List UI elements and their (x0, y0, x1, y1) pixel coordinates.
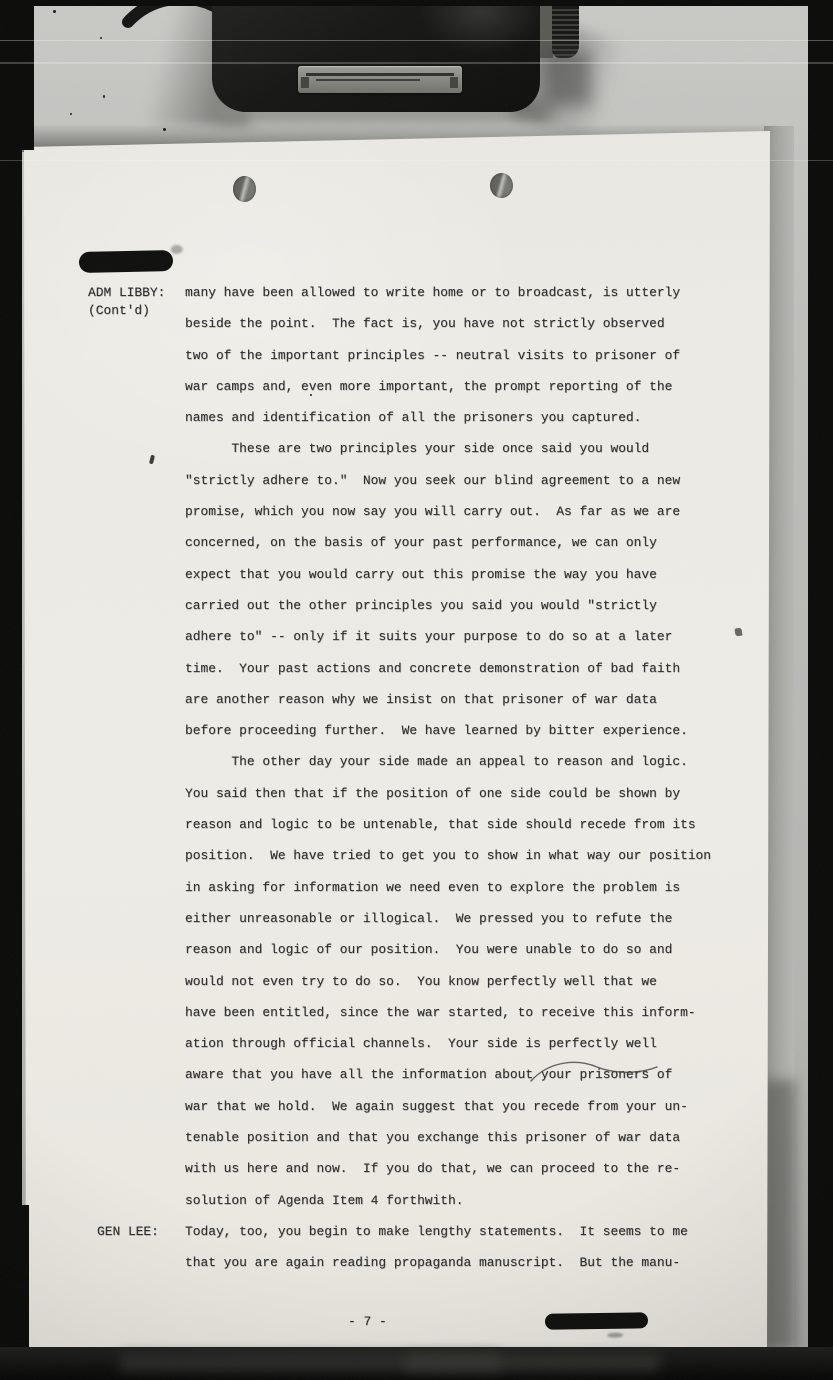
dust-speck (103, 95, 105, 98)
dust-speck (100, 37, 102, 39)
film-frame-top (0, 0, 833, 6)
dust-speck (53, 10, 56, 13)
film-frame-left (0, 0, 22, 1380)
film-scratch (0, 62, 833, 64)
machine-shadow (545, 50, 591, 106)
film-frame-left (0, 0, 34, 150)
film-scratch (0, 40, 833, 41)
nameplate-screw (450, 77, 458, 88)
paper-page: ADM LIBBY: (Cont'd) many have been allow… (0, 0, 833, 1380)
nameplate-engraving (306, 73, 454, 76)
redaction-mark-bottom (545, 1312, 648, 1329)
nameplate-screw (301, 77, 309, 88)
dust-speck (163, 128, 166, 131)
dust-speck (310, 394, 312, 396)
film-scratch (0, 160, 833, 161)
machine-nameplate (298, 66, 462, 93)
film-frame-right (808, 0, 833, 1380)
page-number: - 7 - (348, 1314, 387, 1330)
nameplate-engraving (316, 79, 420, 81)
stray-ink-mark (734, 628, 742, 637)
dust-speck (70, 113, 72, 115)
pencil-annotation (0, 0, 833, 1380)
machine-body (212, 0, 540, 112)
photograph-of-transcript-page: ADM LIBBY: (Cont'd) many have been allow… (0, 0, 833, 1380)
film-frame-texture (405, 1354, 660, 1371)
